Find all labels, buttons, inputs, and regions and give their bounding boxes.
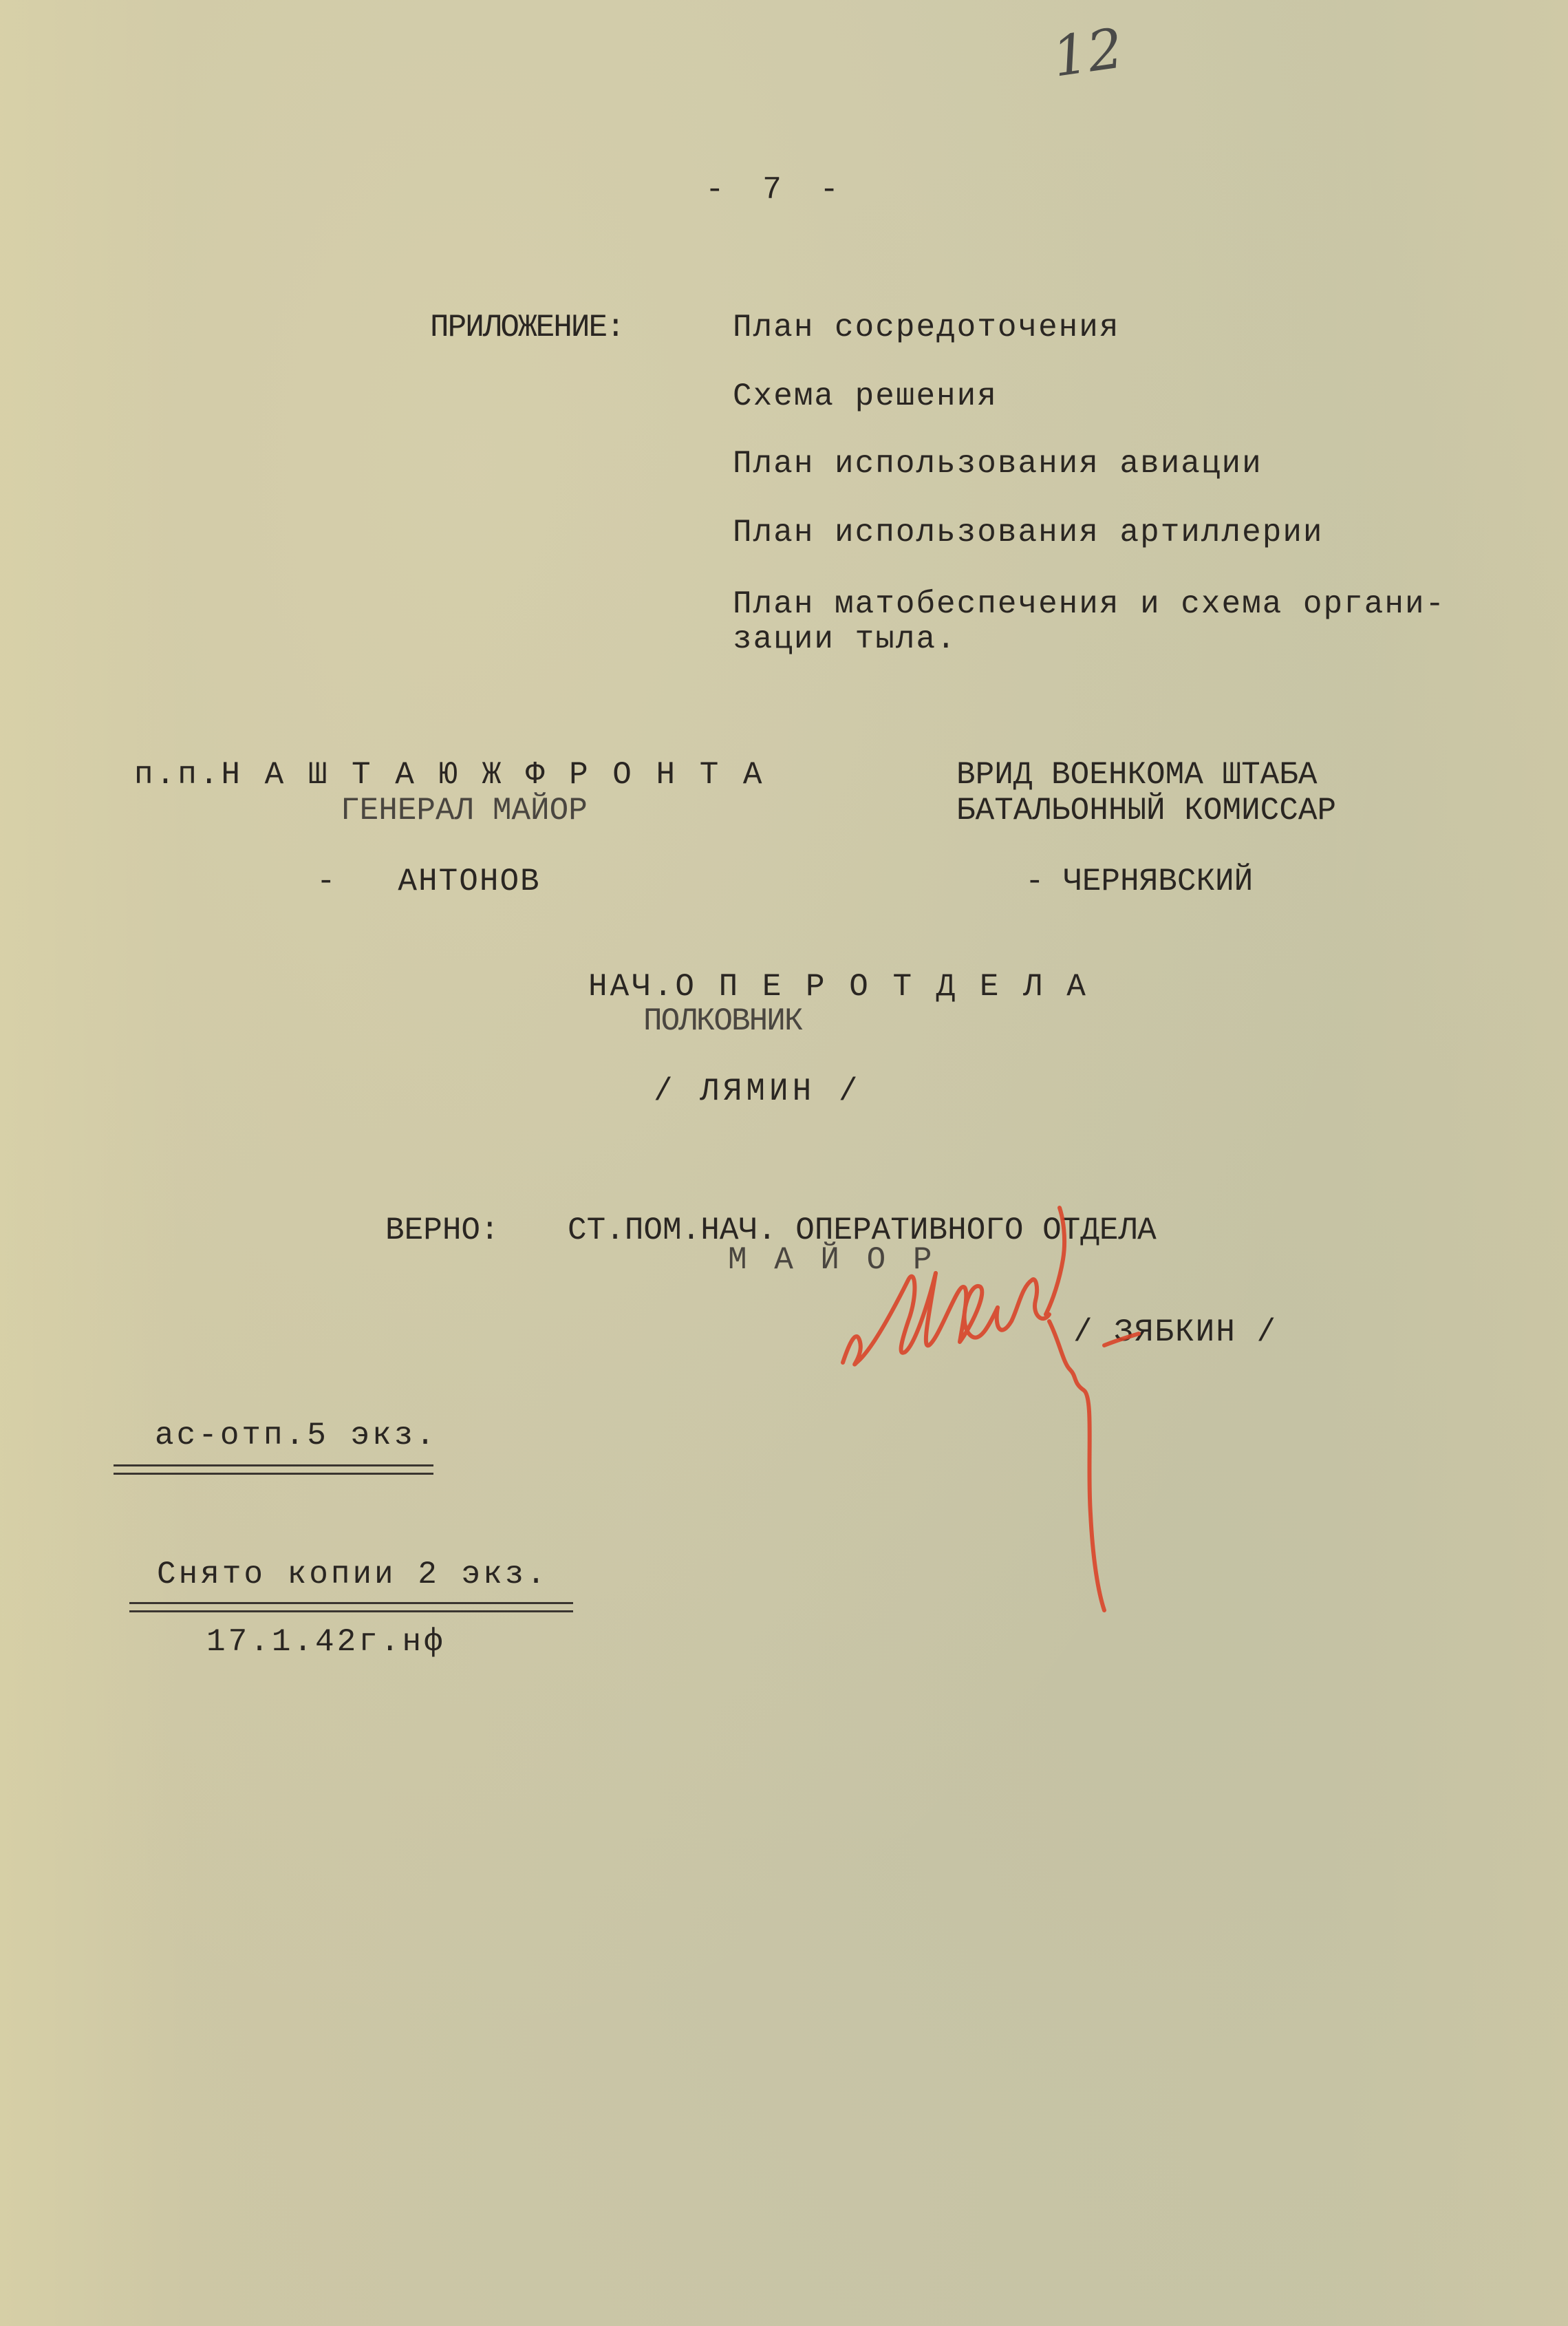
- appendix-item: План использования артиллерии: [733, 515, 1324, 551]
- date-line: 17.1.42г.нф: [206, 1624, 446, 1660]
- double-underline: [129, 1602, 573, 1604]
- signer-name: - ЧЕРНЯВСКИЙ: [1025, 864, 1253, 899]
- signer-rank: ГЕНЕРАЛ МАЙОР: [341, 793, 588, 829]
- double-underline: [129, 1610, 573, 1612]
- appendix-label: ПРИЛОЖЕНИЕ:: [430, 310, 624, 345]
- signer-name: - АНТОНОВ: [316, 864, 541, 899]
- double-underline: [114, 1464, 433, 1466]
- archive-sheet-number: 12: [1049, 16, 1127, 89]
- certification-label: ВЕРНО:: [385, 1213, 500, 1248]
- appendix-item: зации тыла.: [733, 621, 957, 657]
- signer-title: НАЧ.О П Е Р О Т Д Е Л А: [588, 969, 1088, 1005]
- copies-line: ас-отп.5 экз.: [155, 1418, 438, 1453]
- appendix-item: План матобеспечения и схема органи-: [733, 586, 1446, 622]
- signer-name: / ЛЯМИН /: [654, 1074, 861, 1109]
- copies-made-line: Снято копии 2 экз.: [157, 1557, 548, 1592]
- signer-title: ВРИД ВОЕНКОМА ШТАБА: [956, 757, 1318, 793]
- appendix-item: План сосредоточения: [733, 310, 1120, 345]
- red-signature-icon: [826, 1184, 1273, 1631]
- appendix-item: Схема решения: [733, 378, 998, 414]
- page-number: - 7 -: [705, 172, 848, 208]
- signer-rank: БАТАЛЬОННЫЙ КОМИССАР: [956, 793, 1336, 829]
- appendix-item: План использования авиации: [733, 446, 1263, 482]
- double-underline: [114, 1473, 433, 1475]
- signer-title: п.п.Н А Ш Т А Ю Ж Ф Р О Н Т А: [134, 757, 765, 793]
- signer-rank: ПОЛКОВНИК: [643, 1003, 802, 1039]
